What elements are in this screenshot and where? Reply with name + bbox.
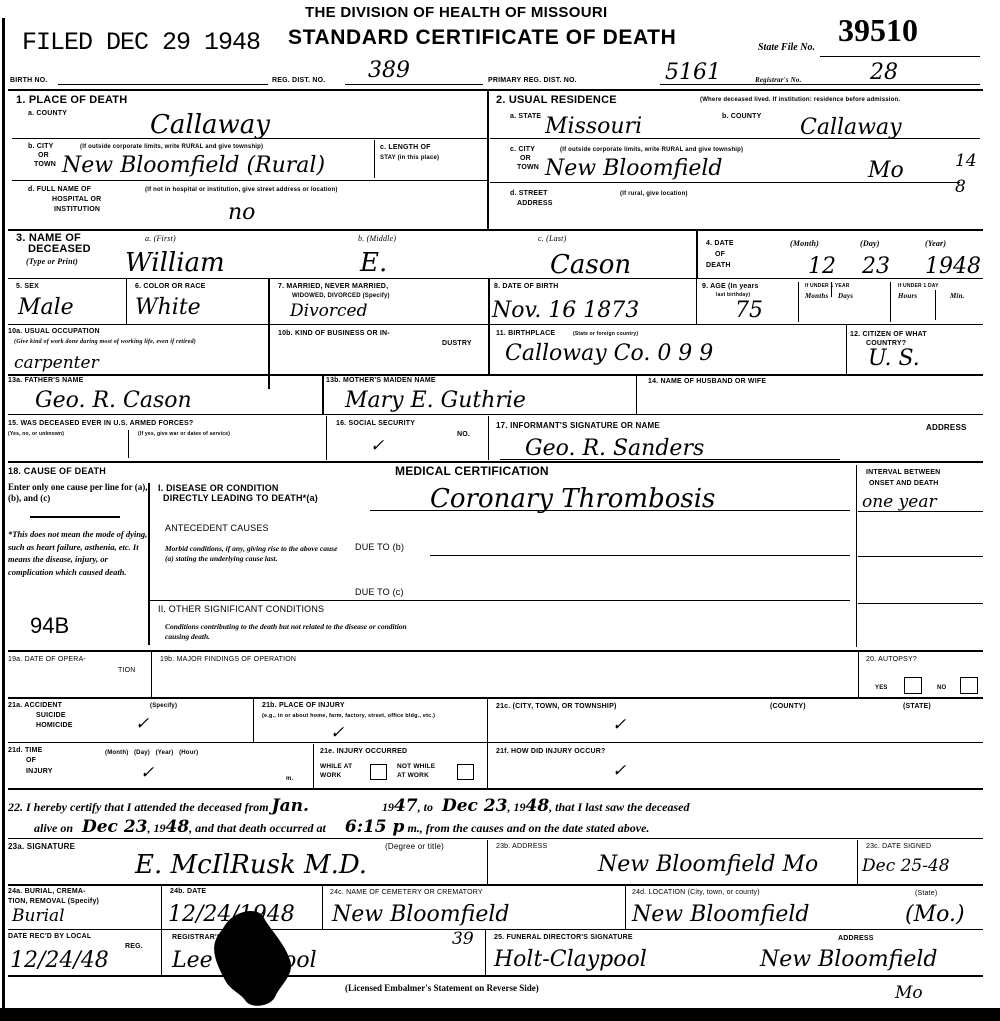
- injury-how-mark: ✓: [612, 763, 626, 780]
- res-city-label: c. CITY: [510, 146, 535, 153]
- res-city: New Bloomfield: [545, 158, 722, 180]
- injury-place-note: (e.g., in or about home, farm, factory, …: [262, 712, 480, 720]
- father-label: 13a. FATHER'S NAME: [8, 377, 84, 384]
- degree-label: (Degree or title): [385, 843, 444, 850]
- due-to-b: DUE TO (b): [355, 544, 404, 551]
- injury-time-label: 21d. TIME: [8, 747, 42, 754]
- registrar-no: 28: [870, 62, 898, 84]
- injury-how-label: 21f. HOW DID INJURY OCCUR?: [496, 748, 605, 755]
- race: White: [135, 297, 201, 319]
- physician-address-label: 23b. ADDRESS: [496, 843, 547, 850]
- res-state-label: a. STATE: [510, 113, 541, 120]
- business-label: 10b. KIND OF BUSINESS OR IN-: [278, 330, 390, 337]
- rule: [151, 651, 152, 697]
- cert-text: , that I last saw the deceased: [549, 800, 689, 814]
- rule: [161, 885, 162, 975]
- rule: [488, 416, 489, 460]
- interval-label: INTERVAL BETWEEN: [866, 469, 940, 476]
- pod-city-or: OR: [38, 152, 49, 159]
- cemetery-label: 24c. NAME OF CEMETERY OR CREMATORY: [330, 889, 483, 896]
- injury-place-label: 21b. PLACE OF INJURY: [262, 702, 345, 709]
- while-at-work-checkbox[interactable]: [370, 764, 387, 780]
- armed-forces-note1: (Yes, no, or unknown): [8, 431, 64, 438]
- marital-status: Divorced: [290, 303, 368, 320]
- interval: one year: [862, 494, 937, 511]
- autopsy-label: 20. AUTOPSY?: [866, 656, 917, 663]
- rule: [696, 230, 698, 278]
- middle-name: E.: [360, 250, 387, 276]
- informant-name: Geo. R. Sanders: [525, 438, 704, 460]
- antecedent-note: Morbid conditions, if any, giving rise t…: [165, 544, 340, 563]
- reg-dist-line: [345, 84, 483, 85]
- injury-type-label3: HOMICIDE: [36, 722, 73, 729]
- death-certificate: THE DIVISION OF HEALTH OF MISSOURI STAND…: [0, 0, 1000, 1021]
- last-name: Cason: [550, 252, 631, 278]
- name-label2: DECEASED: [28, 244, 91, 255]
- rule: [696, 279, 697, 324]
- birth-no-label: BIRTH NO.: [10, 77, 48, 84]
- usual-residence-note: (Where deceased lived. If institution: r…: [700, 97, 900, 104]
- rule: [858, 651, 859, 697]
- res-margin-mark: 14 8: [955, 148, 975, 200]
- hours-label: Hours: [898, 293, 917, 300]
- cemetery: New Bloomfield: [332, 904, 509, 926]
- injury-time-m: m.: [286, 776, 293, 783]
- place-of-death-label: 1. PLACE OF DEATH: [16, 95, 127, 106]
- dod-label: 4. DATE: [706, 240, 734, 247]
- res-county-label: b. COUNTY: [722, 113, 762, 120]
- occupation-note: (Give kind of work done during most of w…: [8, 338, 266, 346]
- rule: [8, 929, 983, 930]
- primary-line: [660, 84, 980, 85]
- rule: [30, 516, 120, 518]
- attended-to-year: 48: [525, 796, 549, 816]
- disease-label: I. DISEASE OR CONDITION: [158, 485, 279, 492]
- business-label2: DUSTRY: [442, 340, 472, 347]
- under-day-label: If UNDER 1 DAY: [898, 283, 939, 290]
- rule: [148, 483, 150, 645]
- rule: [268, 279, 270, 389]
- hospital-label3: INSTITUTION: [54, 206, 100, 213]
- reg-dist-label: REG. DIST. NO.: [272, 77, 325, 84]
- autopsy-yes-checkbox[interactable]: [904, 677, 922, 694]
- rule: [857, 840, 858, 884]
- injury-time-mark: ✓: [140, 765, 154, 782]
- rule: [488, 325, 490, 375]
- rule: [488, 279, 490, 324]
- interval-label2: ONSET AND DEATH: [869, 480, 939, 487]
- cause-label: 18. CAUSE OF DEATH: [8, 468, 106, 475]
- cause-instructions: Enter only one cause per line for (a), (…: [8, 482, 148, 504]
- injury-time-label3: INJURY: [26, 768, 53, 775]
- rule: [636, 375, 637, 415]
- physician-signature: E. McIlRusk M.D.: [135, 852, 367, 878]
- months-label: Months: [805, 293, 828, 300]
- antecedent-label: ANTECEDENT CAUSES: [165, 525, 269, 532]
- rule: [128, 430, 129, 458]
- res-street-label: d. STREET: [510, 190, 548, 197]
- rule: [858, 511, 983, 512]
- length-of-stay-label: c. LENGTH OF: [380, 144, 431, 151]
- rule: [8, 742, 983, 743]
- last-seen-alive: Dec 23: [82, 817, 148, 837]
- rule: [8, 697, 983, 699]
- injury-type-mark: ✓: [135, 716, 149, 733]
- rule: [12, 180, 487, 181]
- section-divider: [487, 90, 489, 230]
- days-label: Days: [838, 293, 853, 300]
- birth-no-line: [58, 84, 268, 85]
- due-to-b-line: [430, 555, 850, 556]
- res-city-or: OR: [520, 155, 531, 162]
- while-at-work-label: WHILE AT WORK: [320, 762, 368, 780]
- min-label: Min.: [950, 293, 965, 300]
- mother-name: Mary E. Guthrie: [345, 390, 526, 412]
- birthplace-label: 11. BIRTHPLACE: [496, 330, 555, 337]
- injury-occurred-label: 21e. INJURY OCCURRED: [320, 748, 407, 755]
- medical-cert-title: MEDICAL CERTIFICATION: [395, 466, 549, 477]
- sex-label: 5. SEX: [16, 283, 39, 290]
- operation-date-label2: TION: [118, 667, 136, 674]
- injury-location-mark: ✓: [612, 717, 626, 734]
- death-day: 23: [862, 256, 890, 278]
- cause-code: 94B: [30, 615, 69, 637]
- hospital-value: no: [228, 202, 255, 224]
- cert-text: , to: [418, 800, 433, 814]
- rule: [8, 414, 983, 415]
- pod-city: New Bloomfield (Rural): [62, 155, 325, 177]
- res-city-note: (If outside corporate limits, write RURA…: [560, 147, 743, 154]
- injury-county-label: (COUNTY): [770, 703, 806, 710]
- cert-text: 19: [382, 800, 394, 814]
- rule: [485, 930, 486, 975]
- funeral-address-state: Mo: [895, 985, 923, 1002]
- burial-location: New Bloomfield: [632, 904, 809, 926]
- first-name-label: a. (First): [145, 235, 176, 242]
- registrar-no-label: Registrar's No.: [755, 77, 802, 84]
- scan-bottom-bar: [0, 1008, 1000, 1021]
- rule: [625, 885, 626, 929]
- cert-text: alive on: [34, 821, 73, 835]
- marital-label: 7. MARRIED, NEVER MARRIED,: [278, 283, 388, 290]
- res-street-label2: ADDRESS: [517, 200, 553, 207]
- disease-label2: DIRECTLY LEADING TO DEATH*(a): [163, 495, 318, 502]
- ssn-label: 16. SOCIAL SECURITY: [336, 420, 415, 427]
- citizen: U. S.: [868, 348, 920, 370]
- attended-from: Jan.: [272, 796, 309, 816]
- rule: [326, 416, 327, 460]
- birthplace: Calloway Co. 0 9 9: [505, 343, 713, 365]
- mother-label: 13b. MOTHER'S MAIDEN NAME: [326, 377, 436, 384]
- rule: [856, 465, 857, 647]
- attended-to: Dec 23: [442, 796, 508, 816]
- death-month: 12: [808, 256, 836, 278]
- month-label: (Month): [790, 240, 819, 247]
- attended-from-year: 47: [394, 796, 418, 816]
- rule: [374, 140, 375, 178]
- agency-title: THE DIVISION OF HEALTH OF MISSOURI: [305, 4, 607, 21]
- spouse-label: 14. NAME OF HUSBAND OR WIFE: [648, 378, 766, 385]
- rule: [8, 461, 983, 463]
- rule: [8, 278, 983, 279]
- signature-label: 23a. SIGNATURE: [8, 843, 75, 850]
- autopsy-no-checkbox[interactable]: [960, 677, 978, 694]
- res-city-town: TOWN: [517, 164, 539, 171]
- first-name: William: [125, 250, 225, 276]
- rule: [322, 375, 324, 415]
- middle-name-label: b. (Middle): [358, 235, 396, 242]
- dod-label3: DEATH: [706, 262, 731, 269]
- rule: [846, 325, 847, 375]
- rule: [8, 975, 983, 977]
- registrar-code: 39: [452, 931, 474, 948]
- ssn-label2: NO.: [457, 431, 470, 438]
- usual-residence-label: 2. USUAL RESIDENCE: [496, 95, 617, 106]
- rule: [313, 744, 314, 788]
- rule: [8, 650, 983, 652]
- hospital-label2: HOSPITAL OR: [52, 196, 101, 203]
- cert-text: 22. I hereby certify that I attended the…: [8, 800, 269, 814]
- autopsy-no-label: NO: [937, 685, 946, 692]
- burial-state-label: (State): [915, 890, 937, 897]
- informant-label: 17. INFORMANT'S SIGNATURE OR NAME: [496, 422, 660, 429]
- hospital-label: d. FULL NAME OF: [28, 186, 91, 193]
- rule: [858, 556, 983, 557]
- dob-label: 8. DATE OF BIRTH: [494, 283, 559, 290]
- date-of-birth: Nov. 16 1873: [492, 300, 639, 322]
- informant-address-label: ADDRESS: [926, 424, 967, 431]
- pod-city-town: TOWN: [34, 161, 56, 168]
- pod-city-note: (If outside corporate limits, write RURA…: [80, 144, 263, 151]
- rule: [8, 374, 983, 376]
- embalmer-note: (Licensed Embalmer's Statement on Revers…: [345, 983, 539, 994]
- cert-text: , 19: [148, 821, 166, 835]
- filed-stamp: FILED DEC 29 1948: [22, 28, 260, 57]
- injury-specify: (Specify): [150, 703, 177, 710]
- date-signed: Dec 25-48: [862, 858, 950, 875]
- cert-text: m., from the causes and on the date stat…: [407, 821, 649, 835]
- marital-label2: WIDOWED, DIVORCED (Specify): [292, 293, 390, 300]
- birthplace-note: (State or foreign country): [573, 331, 638, 338]
- injury-state-label: (STATE): [903, 703, 931, 710]
- rule: [150, 600, 850, 601]
- certificate-title: STANDARD CERTIFICATE OF DEATH: [288, 26, 676, 50]
- disposition-label: 24a. BURIAL, CREMA-: [8, 888, 86, 895]
- page-edge: [2, 18, 5, 1008]
- state-file-label: State File No.: [758, 42, 815, 53]
- reg-dist-no: 389: [368, 60, 410, 82]
- armed-forces-label: 15. WAS DECEASED EVER IN U.S. ARMED FORC…: [8, 420, 193, 427]
- age: 75: [735, 300, 763, 322]
- dod-label2: OF: [715, 251, 725, 258]
- name-label3: (Type or Print): [26, 258, 78, 265]
- rule: [8, 788, 983, 790]
- cert-line1: 22. I hereby certify that I attended the…: [8, 798, 690, 815]
- funeral-address-label: ADDRESS: [838, 935, 874, 942]
- last-name-label: c. (Last): [538, 235, 566, 242]
- occupation: carpenter: [14, 355, 99, 372]
- rule: [935, 290, 936, 320]
- operation-findings-label: 19b. MAJOR FINDINGS OF OPERATION: [160, 656, 296, 663]
- informant-underline: [500, 459, 840, 460]
- injury-type-label: 21a. ACCIDENT: [8, 702, 62, 709]
- injury-time-cols: (Month) (Day) (Year) (Hour): [105, 750, 198, 757]
- other-conditions-note: Conditions contributing to the death but…: [165, 622, 415, 641]
- funeral-director: Holt-Claypool: [494, 949, 647, 971]
- age-label: 9. AGE (In years: [702, 283, 759, 290]
- disease: Coronary Thrombosis: [430, 486, 715, 512]
- rule: [322, 885, 323, 929]
- res-county: Callaway: [800, 117, 902, 139]
- burial-date-label: 24b. DATE: [170, 888, 206, 895]
- not-while-at-work-label: NOT WHILE AT WORK: [397, 762, 445, 780]
- death-year: 1948: [925, 256, 981, 278]
- state-file-number: 39510: [838, 12, 918, 49]
- funeral-address: New Bloomfield: [760, 949, 937, 971]
- operation-date-label: 19a. DATE OF OPERA-: [8, 656, 86, 663]
- rule: [8, 838, 983, 839]
- rule: [8, 884, 983, 886]
- rule: [126, 279, 127, 324]
- res-state: Missouri: [545, 116, 642, 138]
- cert-text: , 19: [507, 800, 525, 814]
- injury-time-label2: OF: [26, 757, 36, 764]
- disposition-label2: TION, REMOVAL (Specify): [8, 898, 99, 905]
- rule: [490, 182, 960, 183]
- citizen-label: 12. CITIZEN OF WHAT: [850, 331, 927, 338]
- date-received-label2: REG.: [125, 943, 143, 950]
- not-while-at-work-checkbox[interactable]: [457, 764, 474, 780]
- injury-place-mark: ✓: [330, 725, 344, 742]
- date-received-label: DATE REC'D BY LOCAL: [8, 933, 91, 940]
- physician-address: New Bloomfield Mo: [598, 854, 818, 876]
- rule: [12, 138, 487, 139]
- autopsy-yes-label: YES: [875, 685, 888, 692]
- rule: [858, 603, 983, 604]
- year-label: (Year): [925, 240, 946, 247]
- race-label: 6. COLOR OR RACE: [135, 283, 205, 290]
- under-year-label: If UNDER 1 YEAR: [805, 283, 850, 290]
- cause-footnote: *This does not mean the mode of dying, s…: [8, 528, 148, 578]
- date-received: 12/24/48: [10, 950, 109, 972]
- primary-reg-dist-no: 5161: [665, 62, 721, 84]
- cert-text: , and that death occurred at: [189, 821, 326, 835]
- rule: [890, 282, 891, 322]
- pod-county: Callaway: [150, 112, 270, 138]
- pod-city-label: b. CITY: [28, 143, 54, 150]
- father-name: Geo. R. Cason: [35, 390, 192, 412]
- armed-forces-note2: (If yes, give war or dates of service): [138, 431, 230, 438]
- res-street-note: (If rural, give location): [620, 191, 688, 198]
- sex: Male: [18, 297, 74, 319]
- injury-location-label: 21c. (CITY, TOWN, OR TOWNSHIP): [496, 703, 616, 710]
- other-conditions-label: II. OTHER SIGNIFICANT CONDITIONS: [158, 606, 324, 613]
- hospital-note: (If not in hospital or institution, give…: [145, 187, 338, 194]
- burial-location-state: (Mo.): [905, 904, 965, 926]
- time-of-death: 6:15 p: [345, 817, 405, 837]
- rule: [798, 282, 799, 322]
- length-of-stay-label2: STAY (in this place): [380, 155, 439, 162]
- rule: [8, 324, 983, 325]
- cert-line2: alive on Dec 23, 1948, and that death oc…: [34, 819, 649, 836]
- state-file-underline: [820, 56, 980, 57]
- last-seen-year: 48: [166, 817, 190, 837]
- rule: [487, 698, 488, 788]
- burial-location-label: 24d. LOCATION (City, town, or county): [632, 889, 760, 896]
- day-label: (Day): [860, 240, 880, 247]
- rule: [487, 840, 488, 884]
- rule: [253, 698, 254, 742]
- header-rule: [8, 89, 983, 91]
- occupation-label: 10a. USUAL OCCUPATION: [8, 328, 100, 335]
- funeral-director-label: 25. FUNERAL DIRECTOR'S SIGNATURE: [494, 934, 633, 941]
- rule: [490, 138, 980, 139]
- due-to-c: DUE TO (c): [355, 589, 404, 596]
- pod-county-label: a. COUNTY: [28, 110, 67, 117]
- res-city-state: Mo: [868, 160, 904, 182]
- ink-blot-mark: [205, 905, 305, 1010]
- ssn-mark: ✓: [370, 438, 384, 455]
- disposition: Burial: [12, 908, 65, 925]
- date-signed-label: 23c. DATE SIGNED: [866, 843, 931, 850]
- injury-type-label2: SUICIDE: [36, 712, 66, 719]
- disease-underline: [370, 510, 850, 511]
- primary-reg-dist-label: PRIMARY REG. DIST. NO.: [488, 77, 577, 84]
- rule: [8, 229, 983, 231]
- rule: [831, 282, 832, 297]
